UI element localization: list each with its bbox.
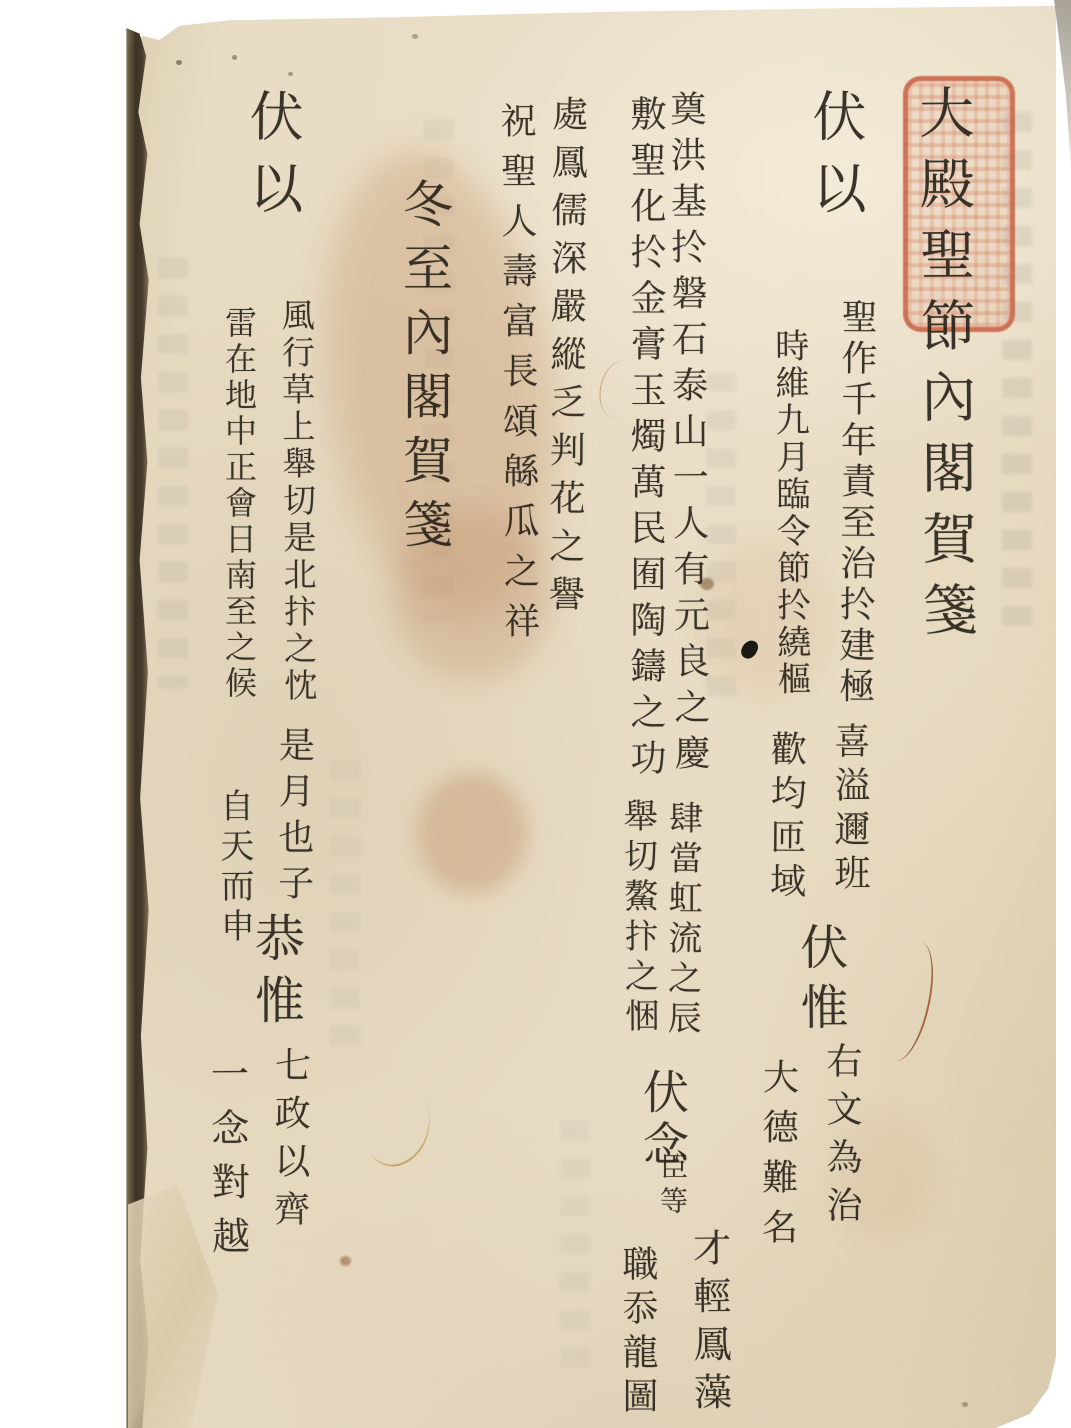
dongji-phrase2-right: 是月也子 xyxy=(267,726,319,910)
dongji-opening: 伏以 xyxy=(233,88,311,233)
title-seongjeol: 大殿聖節內閣賀箋 xyxy=(903,84,986,653)
seongjeol-couplet6-right: 才輕鳳藻 xyxy=(681,1228,737,1420)
seongjeol-honorific: 伏惟 xyxy=(786,922,856,1042)
seongjeol-couplet4-left: 敷聖化扵金膏玉燭萬民囿陶鑄之功 xyxy=(620,95,671,785)
seongjeol-couplet3-right: 右文為治 xyxy=(816,1042,867,1234)
dongji-couplet3-right: 七政以齊 xyxy=(263,1046,315,1238)
dongji-honorific: 恭惟 xyxy=(240,912,312,1036)
seongjeol-couplet5-left: 舉切鰲抃之悃 xyxy=(613,798,664,1038)
dongji-couplet1-left: 雷在地中正會日南至之候 xyxy=(216,306,262,702)
manuscript-scan: { "document": { "kind": "hand-written cl… xyxy=(0,0,1071,1428)
seongjeol-couplet5-right: 肆當虹流之辰 xyxy=(657,800,708,1040)
title-dongji: 冬至內閣賀箋 xyxy=(388,178,460,562)
seongjeol-opening: 伏以 xyxy=(797,88,874,232)
seongjeol-couplet2-right: 喜溢邇班 xyxy=(824,722,875,898)
dongji-couplet1-right: 風行草上舉切是北抃之忱 xyxy=(273,298,323,705)
seongjeol-couplet6-left: 職忝龍圖 xyxy=(612,1245,663,1421)
seongjeol-closing-small: 臣等 xyxy=(652,1152,692,1220)
seongjeol-couplet1-left: 時維九月臨令節扵繞樞 xyxy=(765,328,817,698)
seongjeol-couplet2-left: 歡均匝域 xyxy=(759,730,811,906)
seongjeol-couplet3-left: 大德難名 xyxy=(751,1058,803,1258)
dongji-couplet3-left: 一念對越 xyxy=(199,1054,256,1270)
seongjeol-couplet1-right: 聖作千年責至治扵建極 xyxy=(829,298,883,708)
seongjeol-couplet7-right: 處鳳儒深嚴縱乏判花之譽 xyxy=(538,95,593,623)
seongjeol-couplet7-left: 祝聖人壽富長頌緜瓜之祥 xyxy=(490,102,545,652)
